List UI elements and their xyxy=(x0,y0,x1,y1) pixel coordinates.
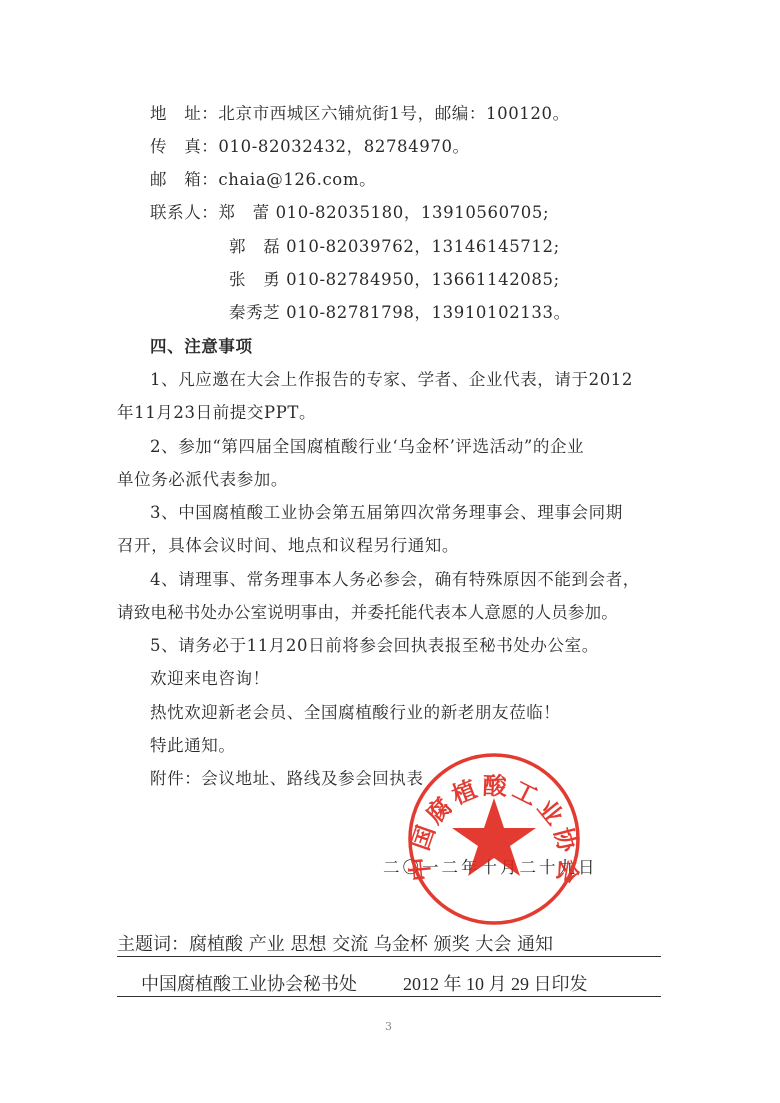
contact-line-2: 郭 磊 010-82039762，13146145712; xyxy=(229,237,560,257)
contact-phones: 010-82039762，13146145712; xyxy=(286,237,560,256)
star-icon xyxy=(452,798,536,876)
divider-line xyxy=(117,996,661,997)
contact-name: 郑 蕾 xyxy=(218,203,269,222)
contact-name: 郭 磊 xyxy=(229,237,280,256)
welcome-call: 欢迎来电咨询！ xyxy=(150,669,270,689)
fax-label: 传 真： xyxy=(150,137,218,156)
attachment-text: 附件：会议地址、路线及参会回执表 xyxy=(150,769,424,789)
document-page: 地 址：北京市西城区六铺炕街1号，邮编：100120。 传 真：010-8203… xyxy=(0,0,780,1103)
contacts-label: 联系人： xyxy=(150,203,218,222)
address-label: 地 址： xyxy=(150,104,218,123)
welcome-members: 热忱欢迎新老会员、全国腐植酸行业的新老朋友莅临！ xyxy=(150,703,560,723)
divider-line xyxy=(117,956,661,957)
issue-date: 2012 年 10 月 29 日印发 xyxy=(403,974,588,994)
email-value: chaia@126.com。 xyxy=(218,170,376,189)
email-label: 邮 箱： xyxy=(150,170,218,189)
email-line: 邮 箱：chaia@126.com。 xyxy=(150,170,376,190)
note-1-line-2: 年11月23日前提交PPT。 xyxy=(117,403,316,423)
issuer-line: 中国腐植酸工业协会秘书处2012 年 10 月 29 日印发 xyxy=(117,973,661,996)
note-2-line-1: 2、参加“第四届全国腐植酸行业‘乌金杯’评选活动”的企业 xyxy=(150,437,584,457)
contact-name: 张 勇 xyxy=(229,270,280,289)
issuer-name: 中国腐植酸工业协会秘书处 xyxy=(141,974,357,995)
official-seal-stamp: 中国腐植酸工业协会 xyxy=(405,750,583,928)
subject-words: 主题词：腐植酸 产业 思想 交流 乌金杯 颁奖 大会 通知 xyxy=(117,934,661,956)
address-line: 地 址：北京市西城区六铺炕街1号，邮编：100120。 xyxy=(150,104,570,124)
note-3-line-1: 3、中国腐植酸工业协会第五届第四次常务理事会、理事会同期 xyxy=(150,503,623,523)
page-number: 3 xyxy=(385,1020,392,1033)
notice-text: 特此通知。 xyxy=(150,736,236,756)
note-1-line-1: 1、凡应邀在大会上作报告的专家、学者、企业代表，请于2012 xyxy=(150,370,633,390)
note-4-line-2: 请致电秘书处办公室说明事由，并委托能代表本人意愿的人员参加。 xyxy=(117,603,618,623)
notes-heading: 四、注意事项 xyxy=(150,337,253,357)
contact-phones: 010-82784950，13661142085; xyxy=(286,270,560,289)
note-5: 5、请务必于11月20日前将参会回执表报至秘书处办公室。 xyxy=(150,636,599,656)
contact-line-4: 秦秀芝 010-82781798，13910102133。 xyxy=(229,303,571,323)
contact-line-1: 联系人：郑 蕾 010-82035180，13910560705; xyxy=(150,203,549,223)
fax-value: 010-82032432，82784970。 xyxy=(218,137,469,156)
note-3-line-2: 召开，具体会议时间、地点和议程另行通知。 xyxy=(117,536,459,556)
address-value: 北京市西城区六铺炕街1号，邮编：100120。 xyxy=(218,104,569,123)
fax-line: 传 真：010-82032432，82784970。 xyxy=(150,137,470,157)
note-2-line-2: 单位务必派代表参加。 xyxy=(117,470,288,490)
contact-phones: 010-82035180，13910560705; xyxy=(276,203,550,222)
note-4-line-1: 4、请理事、常务理事本人务必参会，确有特殊原因不能到会者， xyxy=(150,570,640,590)
contact-phones: 010-82781798，13910102133。 xyxy=(286,303,571,322)
contact-name: 秦秀芝 xyxy=(229,303,280,322)
contact-line-3: 张 勇 010-82784950，13661142085; xyxy=(229,270,560,290)
